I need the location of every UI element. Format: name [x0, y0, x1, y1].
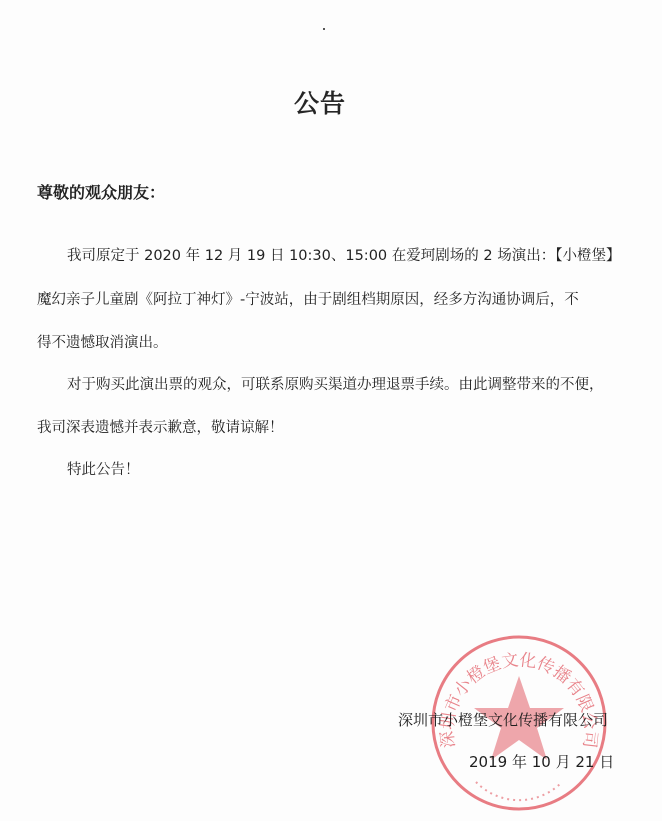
paragraph-1-line-1: 我司原定于 2020 年 12 月 19 日 10:30、15:00 在爱珂剧场…	[67, 244, 620, 265]
scan-speck	[323, 28, 325, 30]
signature-company: 深圳市小橙堡文化传播有限公司	[398, 709, 608, 730]
greeting: 尊敬的观众朋友：	[37, 180, 165, 203]
paragraph-1-line-2: 魔幻亲子儿童剧《阿拉丁神灯》-宁波站，由于剧组档期原因，经多方沟通协调后，不	[37, 288, 579, 309]
page-title: 公告	[0, 84, 640, 120]
paragraph-2-line-1: 对于购买此演出票的观众，可联系原购买渠道办理退票手续。由此调整带来的不便，	[67, 373, 604, 394]
signature-date: 2019 年 10 月 21 日	[469, 751, 614, 772]
closing-line: 特此公告！	[67, 458, 140, 479]
paragraph-1-line-3: 得不遗憾取消演出。	[37, 331, 168, 352]
paragraph-2-line-2: 我司深表遗憾并表示歉意，敬请谅解！	[37, 416, 284, 437]
